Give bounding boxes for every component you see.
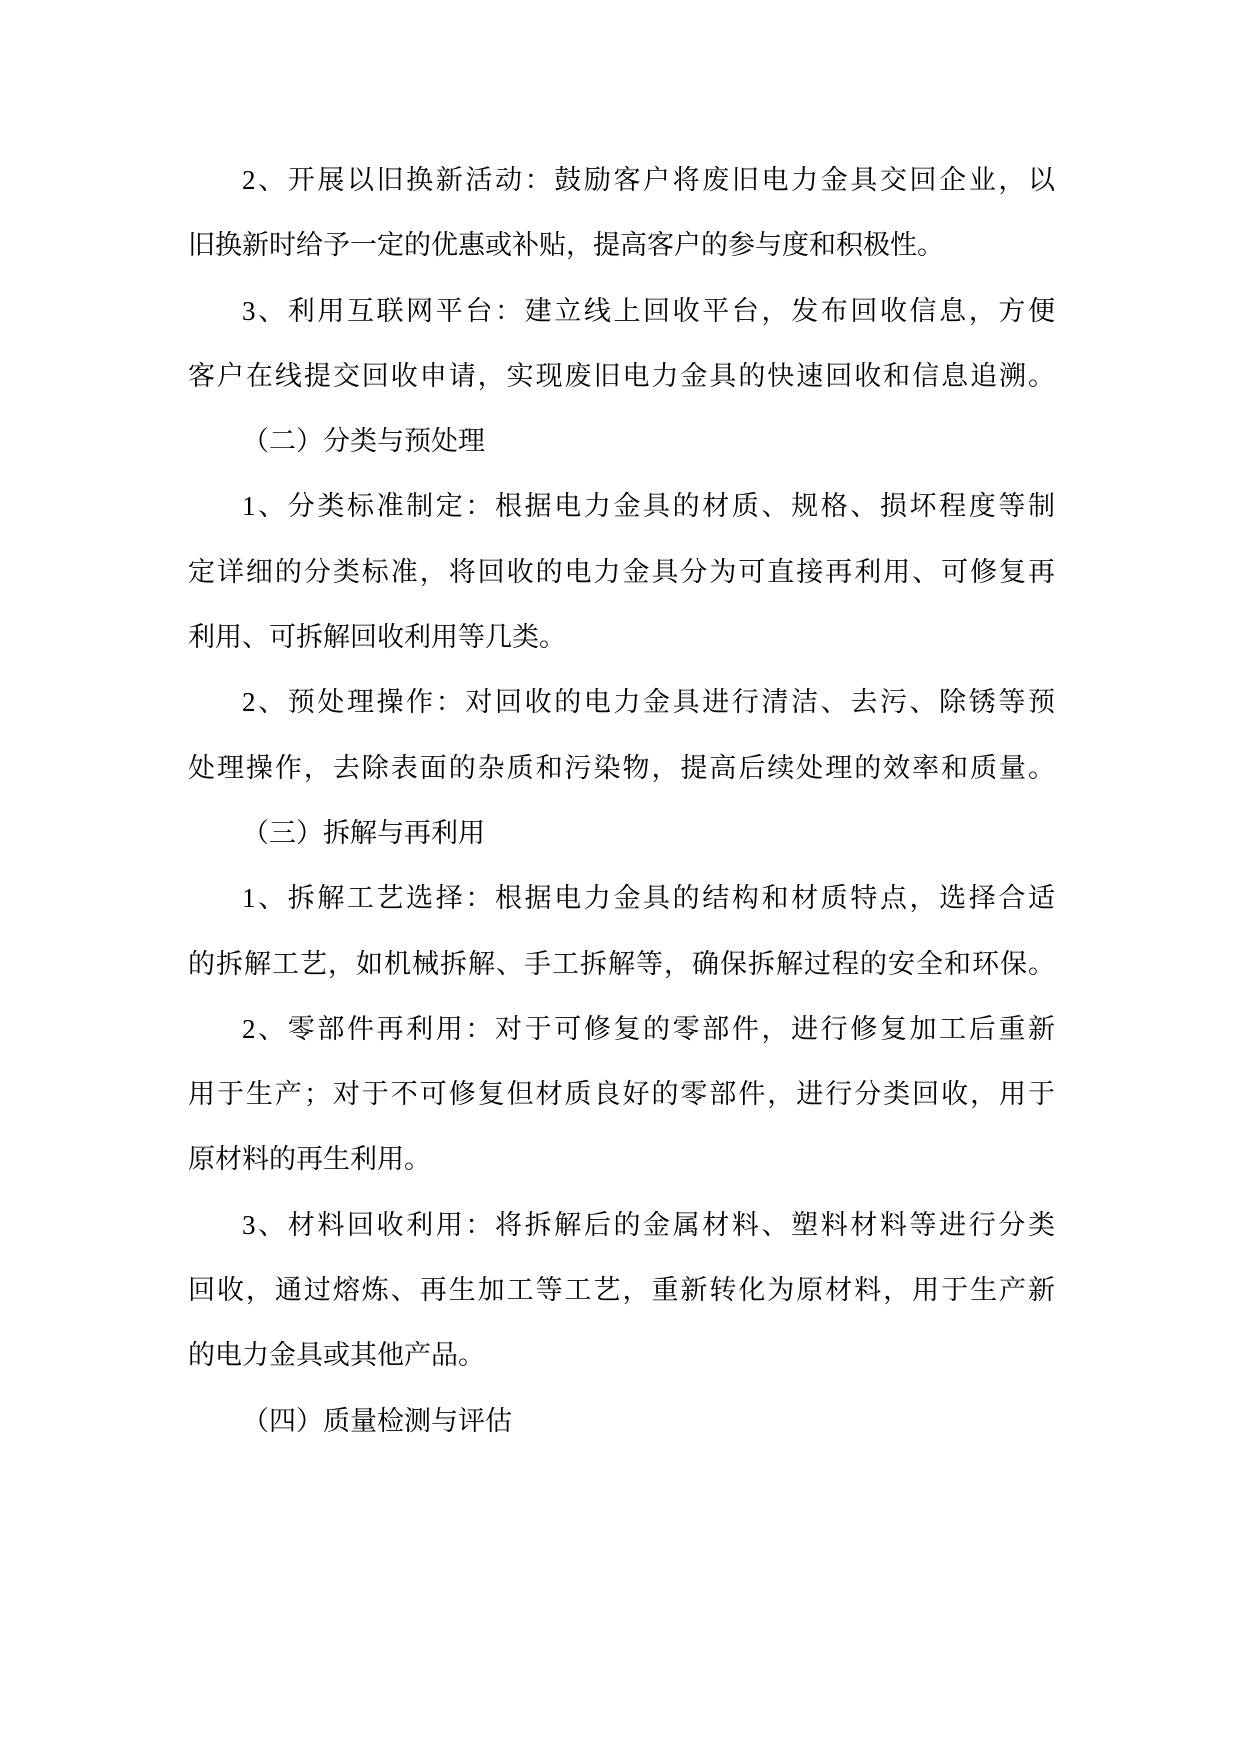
body-text-line: 原材料的再生利用。 <box>188 1127 1055 1192</box>
body-text-line: 的拆解工艺，如机械拆解、手工拆解等，确保拆解过程的安全和环保。 <box>188 932 1055 997</box>
section-heading: （二）分类与预处理 <box>188 409 1055 474</box>
body-text-line: 用于生产；对于不可修复但材质良好的零部件，进行分类回收，用于 <box>188 1062 1055 1127</box>
body-text-line: 的电力金具或其他产品。 <box>188 1323 1055 1388</box>
document-page: 2、开展以旧换新活动：鼓励客户将废旧电力金具交回企业，以 旧换新时给予一定的优惠… <box>0 0 1241 1754</box>
body-text-line: 2、开展以旧换新活动：鼓励客户将废旧电力金具交回企业，以 <box>188 148 1055 213</box>
body-text-line: 定详细的分类标准，将回收的电力金具分为可直接再利用、可修复再 <box>188 540 1055 605</box>
body-text-line: 客户在线提交回收申请，实现废旧电力金具的快速回收和信息追溯。 <box>188 344 1055 409</box>
body-text-line: 1、拆解工艺选择：根据电力金具的结构和材质特点，选择合适 <box>188 866 1055 931</box>
body-text-line: 2、零部件再利用：对于可修复的零部件，进行修复加工后重新 <box>188 997 1055 1062</box>
body-text-line: 旧换新时给予一定的优惠或补贴，提高客户的参与度和积极性。 <box>188 213 1055 278</box>
body-text-line: 利用、可拆解回收利用等几类。 <box>188 605 1055 670</box>
section-heading: （三）拆解与再利用 <box>188 801 1055 866</box>
body-text-line: 处理操作，去除表面的杂质和污染物，提高后续处理的效率和质量。 <box>188 736 1055 801</box>
body-text-line: 1、分类标准制定：根据电力金具的材质、规格、损坏程度等制 <box>188 474 1055 539</box>
body-text-line: 回收，通过熔炼、再生加工等工艺，重新转化为原材料，用于生产新 <box>188 1258 1055 1323</box>
body-text-line: 3、利用互联网平台：建立线上回收平台，发布回收信息，方便 <box>188 279 1055 344</box>
document-body: 2、开展以旧换新活动：鼓励客户将废旧电力金具交回企业，以 旧换新时给予一定的优惠… <box>188 148 1055 1454</box>
body-text-line: 2、预处理操作：对回收的电力金具进行清洁、去污、除锈等预 <box>188 670 1055 735</box>
section-heading: （四）质量检测与评估 <box>188 1389 1055 1454</box>
body-text-line: 3、材料回收利用：将拆解后的金属材料、塑料材料等进行分类 <box>188 1193 1055 1258</box>
